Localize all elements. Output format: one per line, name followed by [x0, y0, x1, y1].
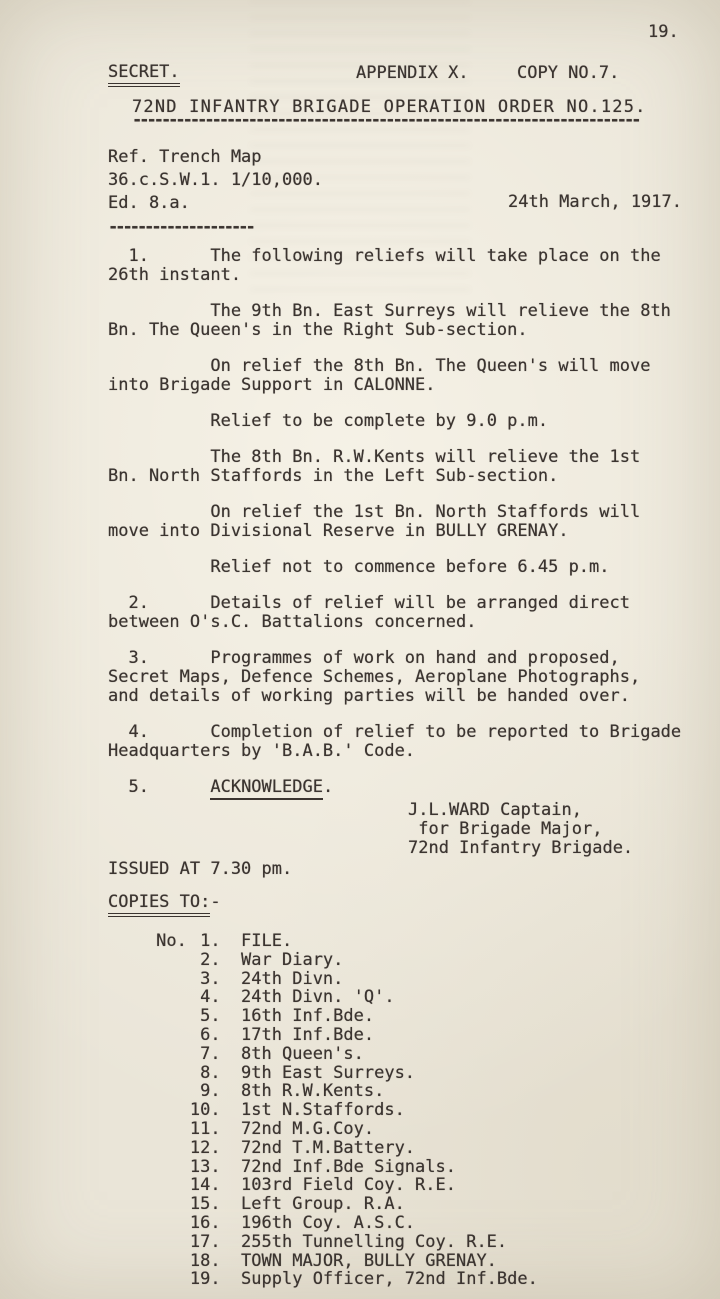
copy-recipient: War Diary. [241, 950, 343, 970]
copy-recipient: Left Group. R.A. [241, 1194, 405, 1214]
list-item: 14.103rd Field Coy. R.E. [108, 1176, 710, 1195]
classification-text: SECRET. [108, 62, 180, 87]
list-item: 3.24th Divn. [108, 970, 710, 989]
paragraph-line: 4. Completion of relief to be reported t… [108, 723, 710, 742]
list-item: 8.9th East Surreys. [108, 1064, 710, 1083]
copy-number: 4. [190, 988, 221, 1007]
paragraph-5-acknowledge: 5. ACKNOWLEDGE. [108, 778, 710, 800]
copy-number: 8. [190, 1064, 221, 1083]
copy-number: 7. [190, 1045, 221, 1064]
copy-recipient: 9th East Surreys. [241, 1063, 415, 1083]
distribution-list: No.1.FILE. 2.War Diary. 3.24th Divn. 4.2… [108, 932, 710, 1289]
copy-number: 18. [190, 1252, 221, 1271]
reference-dashed-rule: -------------------- [108, 216, 323, 239]
classification-label: SECRET. [108, 62, 180, 87]
copies-to-heading: COPIES TO:- [108, 892, 710, 917]
list-item: 11.72nd M.G.Coy. [108, 1120, 710, 1139]
no-label: No. [156, 932, 187, 951]
paragraph-line: move into Divisional Reserve in BULLY GR… [108, 522, 710, 541]
paragraph-line: 5. ACKNOWLEDGE. [108, 778, 710, 800]
copy-number: 14. [190, 1176, 221, 1195]
copy-recipient: 72nd M.G.Coy. [241, 1119, 374, 1139]
paragraph-line: Relief not to commence before 6.45 p.m. [108, 558, 710, 577]
copy-number: 17. [190, 1233, 221, 1252]
copy-number: 19. [190, 1270, 221, 1289]
copy-recipient: 16th Inf.Bde. [241, 1006, 374, 1026]
paragraph-line: Relief to be complete by 9.0 p.m. [108, 412, 710, 431]
copy-recipient: 8th R.W.Kents. [241, 1081, 384, 1101]
paragraph-4: 4. Completion of relief to be reported t… [108, 723, 710, 761]
paragraph-line: Bn. The Queen's in the Right Sub-section… [108, 321, 710, 340]
copy-number: 12. [190, 1139, 221, 1158]
paragraph-1-sub-4: The 8th Bn. R.W.Kents will relieve the 1… [108, 448, 710, 486]
page-number: 19. [648, 22, 679, 42]
paragraph-1-sub-2: On relief the 8th Bn. The Queen's will m… [108, 357, 710, 395]
copies-to-suffix: - [210, 892, 220, 912]
list-item: 5.16th Inf.Bde. [108, 1007, 710, 1026]
copy-recipient: TOWN MAJOR, BULLY GRENAY. [241, 1251, 497, 1271]
list-item: 6.17th Inf.Bde. [108, 1026, 710, 1045]
document-date: 24th March, 1917. [508, 192, 682, 212]
paragraph-1: 1. The following reliefs will take place… [108, 247, 710, 285]
paragraph-1-sub-3: Relief to be complete by 9.0 p.m. [108, 412, 710, 431]
paragraph-1-sub-6: Relief not to commence before 6.45 p.m. [108, 558, 710, 577]
copy-number: 1. [190, 932, 221, 951]
copy-recipient: 72nd T.M.Battery. [241, 1138, 415, 1158]
acknowledge-suffix: . [323, 777, 333, 797]
copy-recipient: 72nd Inf.Bde Signals. [241, 1157, 456, 1177]
paragraph-line: 26th instant. [108, 266, 710, 285]
list-item: 16.196th Coy. A.S.C. [108, 1214, 710, 1233]
list-item: 7.8th Queen's. [108, 1045, 710, 1064]
list-item: 12.72nd T.M.Battery. [108, 1139, 710, 1158]
paragraph-line: The 9th Bn. East Surreys will relieve th… [108, 302, 710, 321]
document-body: 1. The following reliefs will take place… [0, 247, 720, 1289]
copy-number: 15. [190, 1195, 221, 1214]
copy-recipient: 1st N.Staffords. [241, 1100, 405, 1120]
copy-recipient: 196th Coy. A.S.C. [241, 1213, 415, 1233]
list-item: 17.255th Tunnelling Coy. R.E. [108, 1233, 710, 1252]
copy-number: 3. [190, 970, 221, 989]
issued-at-line: ISSUED AT 7.30 pm. [108, 860, 710, 879]
signature-name: J.L.WARD Captain, [408, 801, 710, 820]
appendix-label: APPENDIX X. [356, 63, 469, 83]
signature-unit: 72nd Infantry Brigade. [408, 839, 710, 858]
copy-number: 2. [190, 951, 221, 970]
paragraph-line: Secret Maps, Defence Schemes, Aeroplane … [108, 668, 710, 687]
list-item: 13.72nd Inf.Bde Signals. [108, 1158, 710, 1177]
copy-number: 6. [190, 1026, 221, 1045]
copy-number: 9. [190, 1082, 221, 1101]
paragraph-2: 2. Details of relief will be arranged di… [108, 594, 710, 632]
copy-recipient: 17th Inf.Bde. [241, 1025, 374, 1045]
paragraph-3: 3. Programmes of work on hand and propos… [108, 649, 710, 706]
paragraph-line: Bn. North Staffords in the Left Sub-sect… [108, 467, 710, 486]
map-reference-line: Ref. Trench Map [108, 146, 323, 169]
paragraph-line: On relief the 1st Bn. North Staffords wi… [108, 503, 710, 522]
copy-recipient: 103rd Field Coy. R.E. [241, 1175, 456, 1195]
paragraph-1-sub-5: On relief the 1st Bn. North Staffords wi… [108, 503, 710, 541]
paragraph-line: The 8th Bn. R.W.Kents will relieve the 1… [108, 448, 710, 467]
copy-recipient: 8th Queen's. [241, 1044, 364, 1064]
paragraph-line: 2. Details of relief will be arranged di… [108, 594, 710, 613]
copy-number: 5. [190, 1007, 221, 1026]
copies-to-label: COPIES TO: [108, 892, 210, 917]
copy-recipient: 24th Divn. [241, 969, 343, 989]
map-reference-block: Ref. Trench Map 36.c.S.W.1. 1/10,000. Ed… [108, 146, 323, 239]
list-item: 15.Left Group. R.A. [108, 1195, 710, 1214]
list-item: 2.War Diary. [108, 951, 710, 970]
acknowledge-prefix: 5. [108, 777, 210, 797]
paragraph-line: and details of working parties will be h… [108, 687, 710, 706]
copy-number-label: COPY NO.7. [517, 63, 619, 83]
map-reference-line: Ed. 8.a. [108, 192, 323, 215]
paragraph-1-sub-1: The 9th Bn. East Surreys will relieve th… [108, 302, 710, 340]
paragraph-line: between O's.C. Battalions concerned. [108, 613, 710, 632]
copy-number: 16. [190, 1214, 221, 1233]
document-header: 19. SECRET. APPENDIX X. COPY NO.7. 72ND … [0, 0, 720, 247]
copy-recipient: Supply Officer, 72nd Inf.Bde. [241, 1269, 538, 1289]
copy-recipient: 255th Tunnelling Coy. R.E. [241, 1232, 507, 1252]
map-reference-line: 36.c.S.W.1. 1/10,000. [108, 169, 323, 192]
list-item: 10.1st N.Staffords. [108, 1101, 710, 1120]
signature-role: for Brigade Major, [408, 820, 710, 839]
list-item: No.1.FILE. [108, 932, 710, 951]
list-item: 4.24th Divn. 'Q'. [108, 988, 710, 1007]
copy-number: 13. [190, 1158, 221, 1177]
paragraph-line: 1. The following reliefs will take place… [108, 247, 710, 266]
paragraph-line: into Brigade Support in CALONNE. [108, 376, 710, 395]
copy-recipient: FILE. [241, 931, 292, 951]
document-page: 19. SECRET. APPENDIX X. COPY NO.7. 72ND … [0, 0, 720, 1299]
title-dashed-rule: ----------------------------------------… [132, 110, 638, 130]
list-item: 18.TOWN MAJOR, BULLY GRENAY. [108, 1252, 710, 1271]
list-item: 9.8th R.W.Kents. [108, 1082, 710, 1101]
paragraph-line: 3. Programmes of work on hand and propos… [108, 649, 710, 668]
copy-number: 10. [190, 1101, 221, 1120]
list-item: 19.Supply Officer, 72nd Inf.Bde. [108, 1270, 710, 1289]
copy-number: 11. [190, 1120, 221, 1139]
signature-block: J.L.WARD Captain, for Brigade Major, 72n… [408, 801, 710, 858]
acknowledge-word: ACKNOWLEDGE [210, 778, 323, 800]
paragraph-line: Headquarters by 'B.A.B.' Code. [108, 742, 710, 761]
paragraph-line: On relief the 8th Bn. The Queen's will m… [108, 357, 710, 376]
copy-recipient: 24th Divn. 'Q'. [241, 987, 395, 1007]
